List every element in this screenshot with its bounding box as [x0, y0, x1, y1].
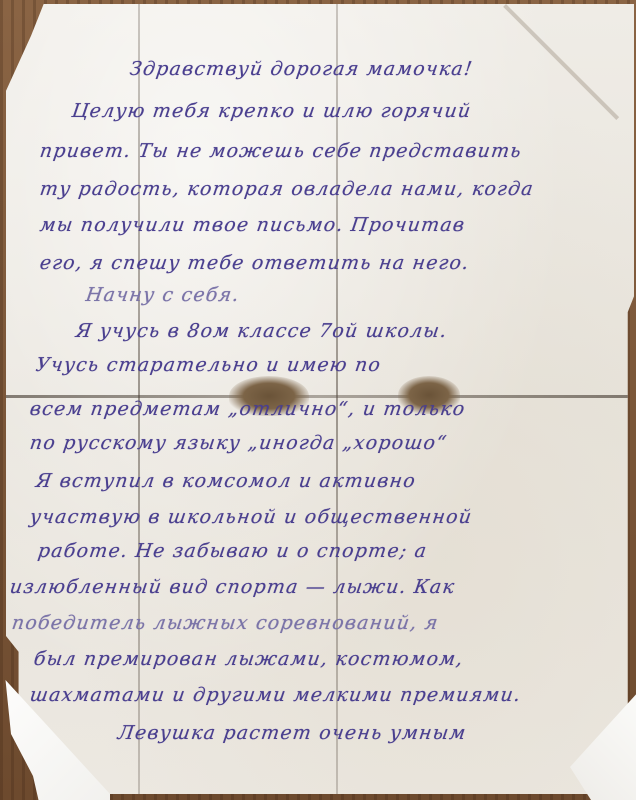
letter-line: излюбленный вид спорта — лыжи. Как: [8, 576, 456, 598]
letter-line: Целую тебя крепко и шлю горячий: [70, 100, 472, 122]
letter-text: Здравствуй дорогая мамочка! Целую тебя к…: [0, 0, 636, 800]
letter-line: Я учусь в 8ом классе 7ой школы.: [74, 320, 449, 342]
letter-line: всем предметам „отлично“, и только: [28, 398, 467, 420]
letter-line: Я вступил в комсомол и активно: [34, 470, 417, 492]
letter-line: по русскому языку „иногда „хорошо“: [28, 432, 448, 454]
letter-greeting: Здравствуй дорогая мамочка!: [128, 58, 474, 80]
letter-line: участвую в школьной и общественной: [28, 506, 473, 528]
letter-line: Учусь старательно и имею по: [34, 354, 382, 376]
letter-line: его, я спешу тебе ответить на него.: [38, 252, 471, 274]
letter-line: шахматами и другими мелкими премиями.: [28, 684, 522, 706]
letter-line: ту радость, которая овладела нами, когда: [38, 178, 535, 200]
letter-line: Левушка растет очень умным: [116, 722, 468, 744]
letter-line: привет. Ты не можешь себе представить: [38, 140, 523, 162]
letter-line: был премирован лыжами, костюмом,: [32, 648, 465, 670]
letter-line: мы получили твое письмо. Прочитав: [38, 214, 466, 236]
letter-line: Начну с себя.: [84, 284, 241, 306]
letter-line: работе. Не забываю и о спорте; а: [36, 540, 428, 562]
letter-line: победитель лыжных соревнований, я: [10, 612, 440, 634]
